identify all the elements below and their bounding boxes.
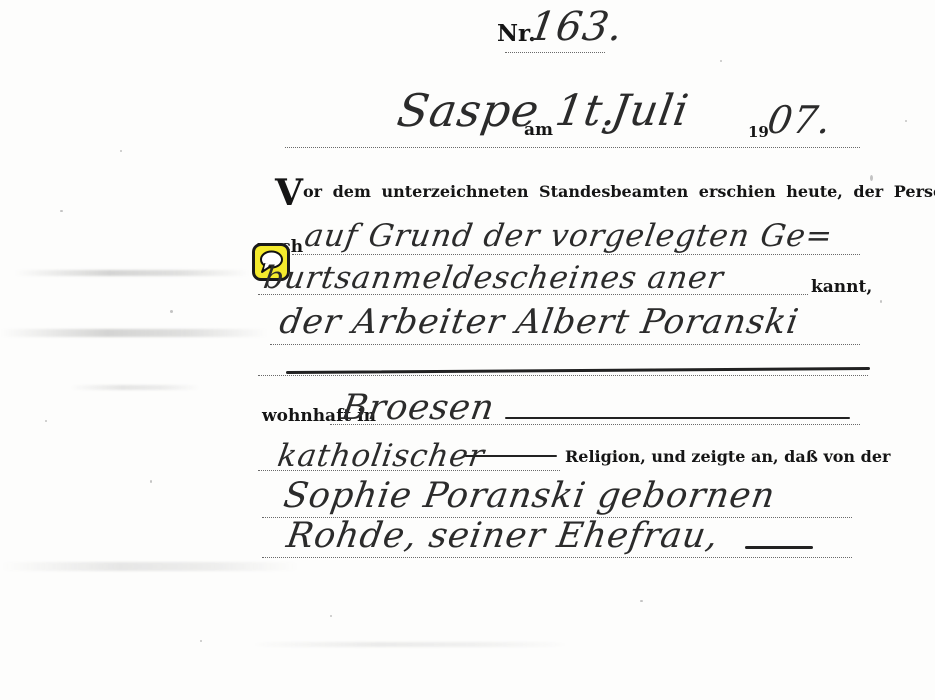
- form-baseline: [505, 52, 605, 53]
- handwritten-grund-line: auf Grund der vorgelegten Ge=: [302, 218, 836, 254]
- form-baseline: [258, 470, 560, 471]
- year-handwritten: 07.: [765, 98, 835, 142]
- religion-handwritten: katholischer: [275, 438, 487, 474]
- scan-speck: [170, 310, 173, 313]
- scan-speck: [640, 600, 643, 602]
- scan-smudge: [15, 270, 250, 276]
- scan-smudge: [250, 642, 570, 647]
- scan-speck: [720, 60, 722, 62]
- handwritten-schein-line: burtsanmeldescheines aner: [261, 260, 726, 296]
- am-label: am: [524, 120, 553, 140]
- printed-intro-line: Vor dem unterzeichneten Standesbeamten e…: [275, 182, 935, 203]
- form-baseline: [258, 375, 868, 376]
- residence-place: Broesen: [339, 388, 498, 428]
- form-baseline: [262, 557, 852, 558]
- declarant-name-line: der Arbeiter Albert Poranski: [277, 302, 802, 342]
- mother-name-line2: Rohde, seiner Ehefrau,: [284, 516, 722, 556]
- scan-speck: [200, 640, 202, 642]
- scan-speck: [905, 120, 907, 122]
- form-baseline: [285, 147, 860, 148]
- pen-stroke-line: [505, 417, 850, 419]
- scan-speck: [880, 300, 882, 303]
- scan-speck: [60, 210, 63, 212]
- scan-speck: [330, 615, 332, 617]
- date-month: Juli: [608, 86, 692, 136]
- form-baseline: [258, 294, 808, 295]
- religion-printed: Religion, und zeigte an, daß von der: [565, 447, 890, 466]
- scan-speck: [870, 175, 873, 181]
- pen-stroke-line: [286, 367, 870, 374]
- scan-smudge: [70, 385, 200, 390]
- ornate-initial: V: [275, 172, 303, 214]
- form-baseline: [292, 254, 860, 255]
- pen-stroke-line: [465, 455, 557, 457]
- scan-speck: [45, 420, 47, 422]
- scan-smudge: [0, 562, 300, 571]
- record-number: 163.: [526, 4, 626, 50]
- printed-intro-text: or dem unterzeichneten Standesbeamten er…: [303, 182, 935, 201]
- kannt-label: kannt,: [811, 277, 872, 297]
- pen-stroke-line: [745, 546, 813, 549]
- scan-smudge: [0, 329, 268, 337]
- scan-speck: [150, 480, 152, 483]
- place-name: Saspe: [394, 84, 544, 137]
- scan-speck: [120, 150, 122, 152]
- scanned-registry-document: Nr. 163. Saspe am 1t. Juli 19 07. Vor de…: [0, 0, 935, 700]
- form-baseline: [330, 424, 860, 425]
- mother-name-line1: Sophie Poranski gebornen: [281, 476, 778, 516]
- form-baseline: [270, 344, 860, 345]
